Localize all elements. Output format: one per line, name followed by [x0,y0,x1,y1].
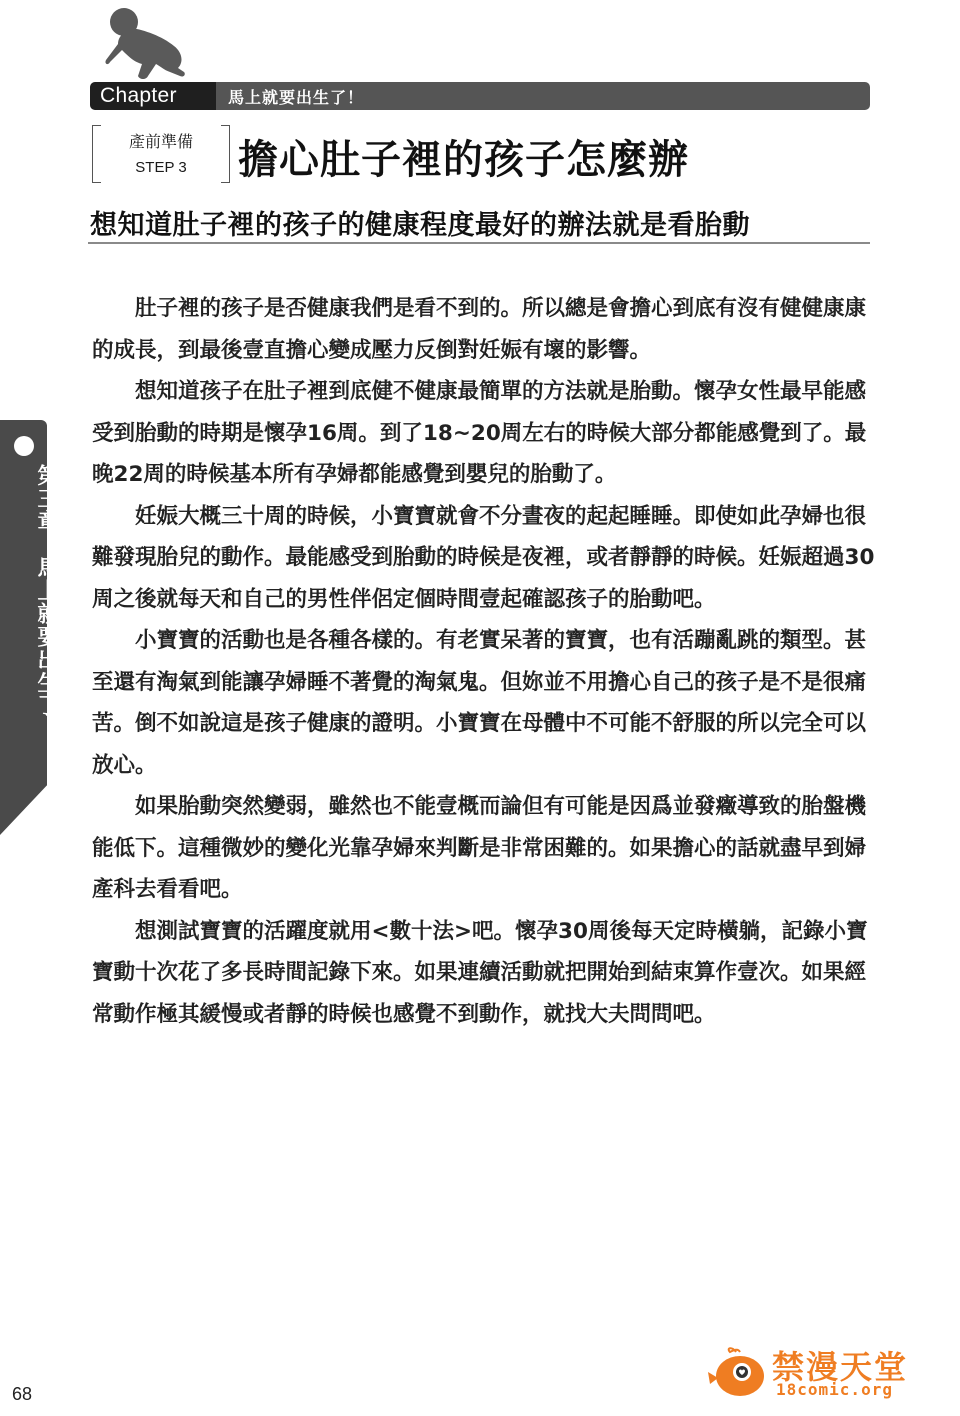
paragraph: 如果胎動突然變弱，雖然也不能壹概而論但有可能是因爲並發癥導致的胎盤機能低下。這種… [92,786,882,911]
step-number: STEP 3 [92,159,230,176]
chapter-label: Chapter 03 [90,82,216,110]
chapter-header-bar: Chapter 03 馬上就要出生了！ [90,82,870,110]
watermark-url: 18comic.org [776,1380,893,1399]
fish-mascot-icon [706,1346,768,1398]
side-tab-text: 第三章 馬上就要出生了！ [12,464,59,740]
page-title: 擔心肚子裡的孩子怎麼辦 [238,128,689,185]
watermark: 禁漫天堂 18comic.org [706,1338,946,1402]
paragraph: 妊娠大概三十周的時候，小寶寶就會不分晝夜的起起睡睡。即使如此孕婦也很難發現胎兒的… [92,496,882,621]
chapter-side-tab: 第三章 馬上就要出生了！ [0,420,47,835]
subtitle: 想知道肚子裡的孩子的健康程度最好的辦法就是看胎動 [90,203,750,242]
step-box: 產前準備 STEP 3 [92,125,230,183]
crawling-baby-icon [104,6,190,82]
chapter-title: 馬上就要出生了！ [216,85,364,108]
paragraph: 小寶寶的活動也是各種各樣的。有老實呆著的寶寶，也有活蹦亂跳的類型。甚至還有淘氣到… [92,620,882,786]
paragraph: 肚子裡的孩子是否健康我們是看不到的。所以總是會擔心到底有沒有健健康康的成長，到最… [92,288,882,371]
step-category: 產前準備 [92,129,230,152]
body-text: 肚子裡的孩子是否健康我們是看不到的。所以總是會擔心到底有沒有健健康康的成長，到最… [92,288,882,1035]
divider [88,242,870,244]
bullet-dot-icon [14,436,34,456]
paragraph: 想知道孩子在肚子裡到底健不健康最簡單的方法就是胎動。懷孕女性最早能感受到胎動的時… [92,371,882,496]
page-number: 68 [12,1384,32,1405]
paragraph: 想測試寶寶的活躍度就用<數十法>吧。懷孕30周後每天定時橫躺，記錄小寶寶動十次花… [92,911,882,1036]
